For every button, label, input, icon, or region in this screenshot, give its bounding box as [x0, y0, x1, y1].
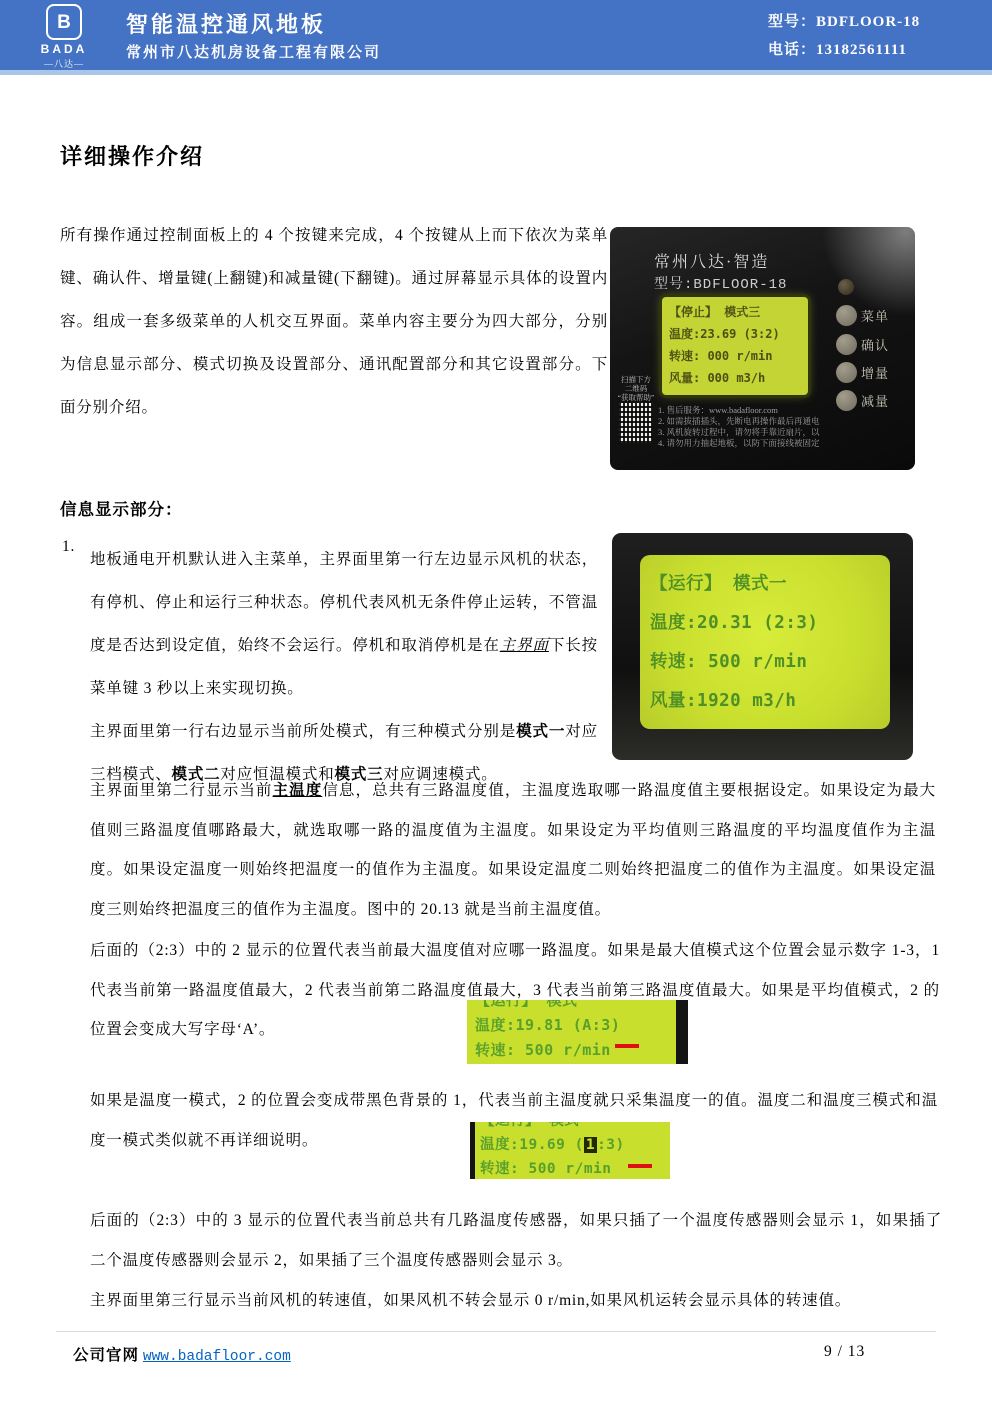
lcd-crop-temp1-mode: 【运行】 模式 温度:19.69 (1:3) 转速: 500 r/min: [470, 1122, 670, 1179]
lcd-temp-line: 温度:19.69 (1:3): [480, 1133, 625, 1157]
intro-paragraph: 所有操作通过控制面板上的 4 个按键来完成，4 个按键从上而下依次为菜单键、确认…: [60, 214, 608, 429]
lcd-airflow-line: 风量:1920 m3/h: [650, 682, 890, 721]
lcd-running-photo: 【运行】 模式一 温度:20.31 (2:3) 转速: 500 r/min 风量…: [612, 533, 913, 760]
button-circle-icon: [836, 334, 857, 355]
button-label: 菜单: [861, 306, 889, 325]
logo-name: BADA: [24, 42, 104, 56]
panel-menu-button: 菜单: [836, 305, 889, 326]
footer-website-link[interactable]: www.badafloor.com: [143, 1349, 291, 1365]
panel-notes: 1. 售后服务：www.badafloor.com 2. 如需拔插插头，先断电再…: [658, 405, 908, 449]
panel-led-indicator: [838, 279, 854, 295]
lcd-crop-average-mode: 【运行】 模式 温度:19.81 (A:3) 转速: 500 r/min: [467, 1000, 688, 1064]
lcd-status-line: 【运行】 模式: [475, 1000, 620, 1013]
page-title: 详细操作介绍: [60, 140, 204, 171]
lcd-speed-line: 转速: 500 r/min: [475, 1038, 620, 1063]
lcd-running-screen: 【运行】 模式一 温度:20.31 (2:3) 转速: 500 r/min 风量…: [640, 555, 890, 729]
button-label: 确认: [861, 335, 889, 354]
panel-lcd-screen: 【停止】 模式三 温度:23.69 (3:2) 转速: 000 r/min 风量…: [662, 297, 808, 395]
header-bar: B BADA —八达— 智能温控通风地板 常州市八达机房设备工程有限公司 型号：…: [0, 0, 992, 70]
lcd-status-line: 【停止】 模式三: [669, 301, 808, 323]
lcd-temp-line: 温度:19.81 (A:3): [475, 1013, 620, 1038]
qr-caption-line: “获取帮助”: [614, 393, 658, 402]
paragraph-main-temperature: 主界面里第二行显示当前主温度信息，总共有三路温度值，主温度选取哪一路温度值主要根…: [90, 771, 936, 929]
company-name: 常州市八达机房设备工程有限公司: [126, 41, 381, 62]
panel-note-line: 3. 风机旋转过程中，请勿将手靠近扇片，以: [658, 427, 908, 438]
panel-model-text: 型号:BDFLOOR-18: [654, 273, 787, 293]
lcd-temp-line: 温度:23.69 (3:2): [669, 323, 808, 345]
qr-caption-line: 二维码: [614, 384, 658, 393]
logo-monogram-icon: B: [46, 4, 82, 40]
qr-caption-line: 扫描下方: [614, 375, 658, 384]
qr-caption: 扫描下方 二维码 “获取帮助”: [614, 375, 658, 402]
lcd-status-line: 【运行】 模式: [480, 1122, 625, 1133]
manual-page: B BADA —八达— 智能温控通风地板 常州市八达机房设备工程有限公司 型号：…: [0, 0, 992, 1403]
panel-confirm-button: 确认: [836, 334, 889, 355]
section-heading: 信息显示部分：: [60, 496, 183, 520]
button-circle-icon: [836, 305, 857, 326]
lcd-speed-line: 转速: 500 r/min: [480, 1157, 625, 1179]
lcd-speed-line: 转速: 000 r/min: [669, 345, 808, 367]
logo-subname: —八达—: [24, 57, 104, 70]
panel-note-line: 4. 请勿用力抽起地板，以防下面接线被固定: [658, 438, 908, 449]
lcd-temp-line: 温度:20.31 (2:3): [650, 604, 890, 643]
lcd-airflow-line: 风量: 000 m3/h: [669, 367, 808, 389]
header-model: 型号：BDFLOOR-18: [768, 10, 920, 31]
qr-code-icon: [619, 403, 652, 443]
button-label: 增量: [861, 363, 889, 382]
photo-edge: [470, 1122, 475, 1179]
panel-increase-button: 增量: [836, 362, 889, 383]
company-logo: B BADA —八达—: [24, 4, 104, 70]
list-marker: 1.: [62, 538, 75, 556]
panel-note-line: 1. 售后服务：www.badafloor.com: [658, 405, 908, 416]
photo-edge: [676, 1000, 688, 1064]
header-accent-strip: [0, 70, 992, 75]
panel-brand-text: 常州八达·智造: [654, 249, 769, 272]
footer-site-label: 公司官网: [73, 1347, 139, 1364]
red-underline-annotation: [615, 1044, 639, 1048]
footer-divider: [56, 1331, 936, 1332]
red-underline-annotation: [628, 1164, 652, 1168]
lcd-speed-line: 转速: 500 r/min: [650, 643, 890, 682]
control-panel-photo: 常州八达·智造 型号:BDFLOOR-18 【停止】 模式三 温度:23.69 …: [610, 227, 915, 470]
lcd-status-line: 【运行】 模式一: [650, 565, 890, 604]
list-item-1: 地板通电开机默认进入主菜单，主界面里第一行左边显示风机的状态，有停机、停止和运行…: [90, 538, 598, 796]
product-title: 智能温控通风地板: [126, 8, 326, 39]
paragraph-fan-speed: 主界面里第三行显示当前风机的转速值，如果风机不转会显示 0 r/min,如果风机…: [90, 1281, 942, 1321]
logo-monogram: B: [57, 13, 71, 32]
page-number: 9 / 13: [824, 1343, 865, 1361]
panel-note-line: 2. 如需拔插插头，先断电再操作最后再通电: [658, 416, 908, 427]
footer: 公司官网 www.badafloor.com: [73, 1343, 291, 1365]
paragraph-sensor-count: 后面的（2:3）中的 3 显示的位置代表当前总共有几路温度传感器，如果只插了一个…: [90, 1201, 942, 1280]
header-phone: 电话：13182561111: [768, 38, 907, 59]
button-circle-icon: [836, 362, 857, 383]
